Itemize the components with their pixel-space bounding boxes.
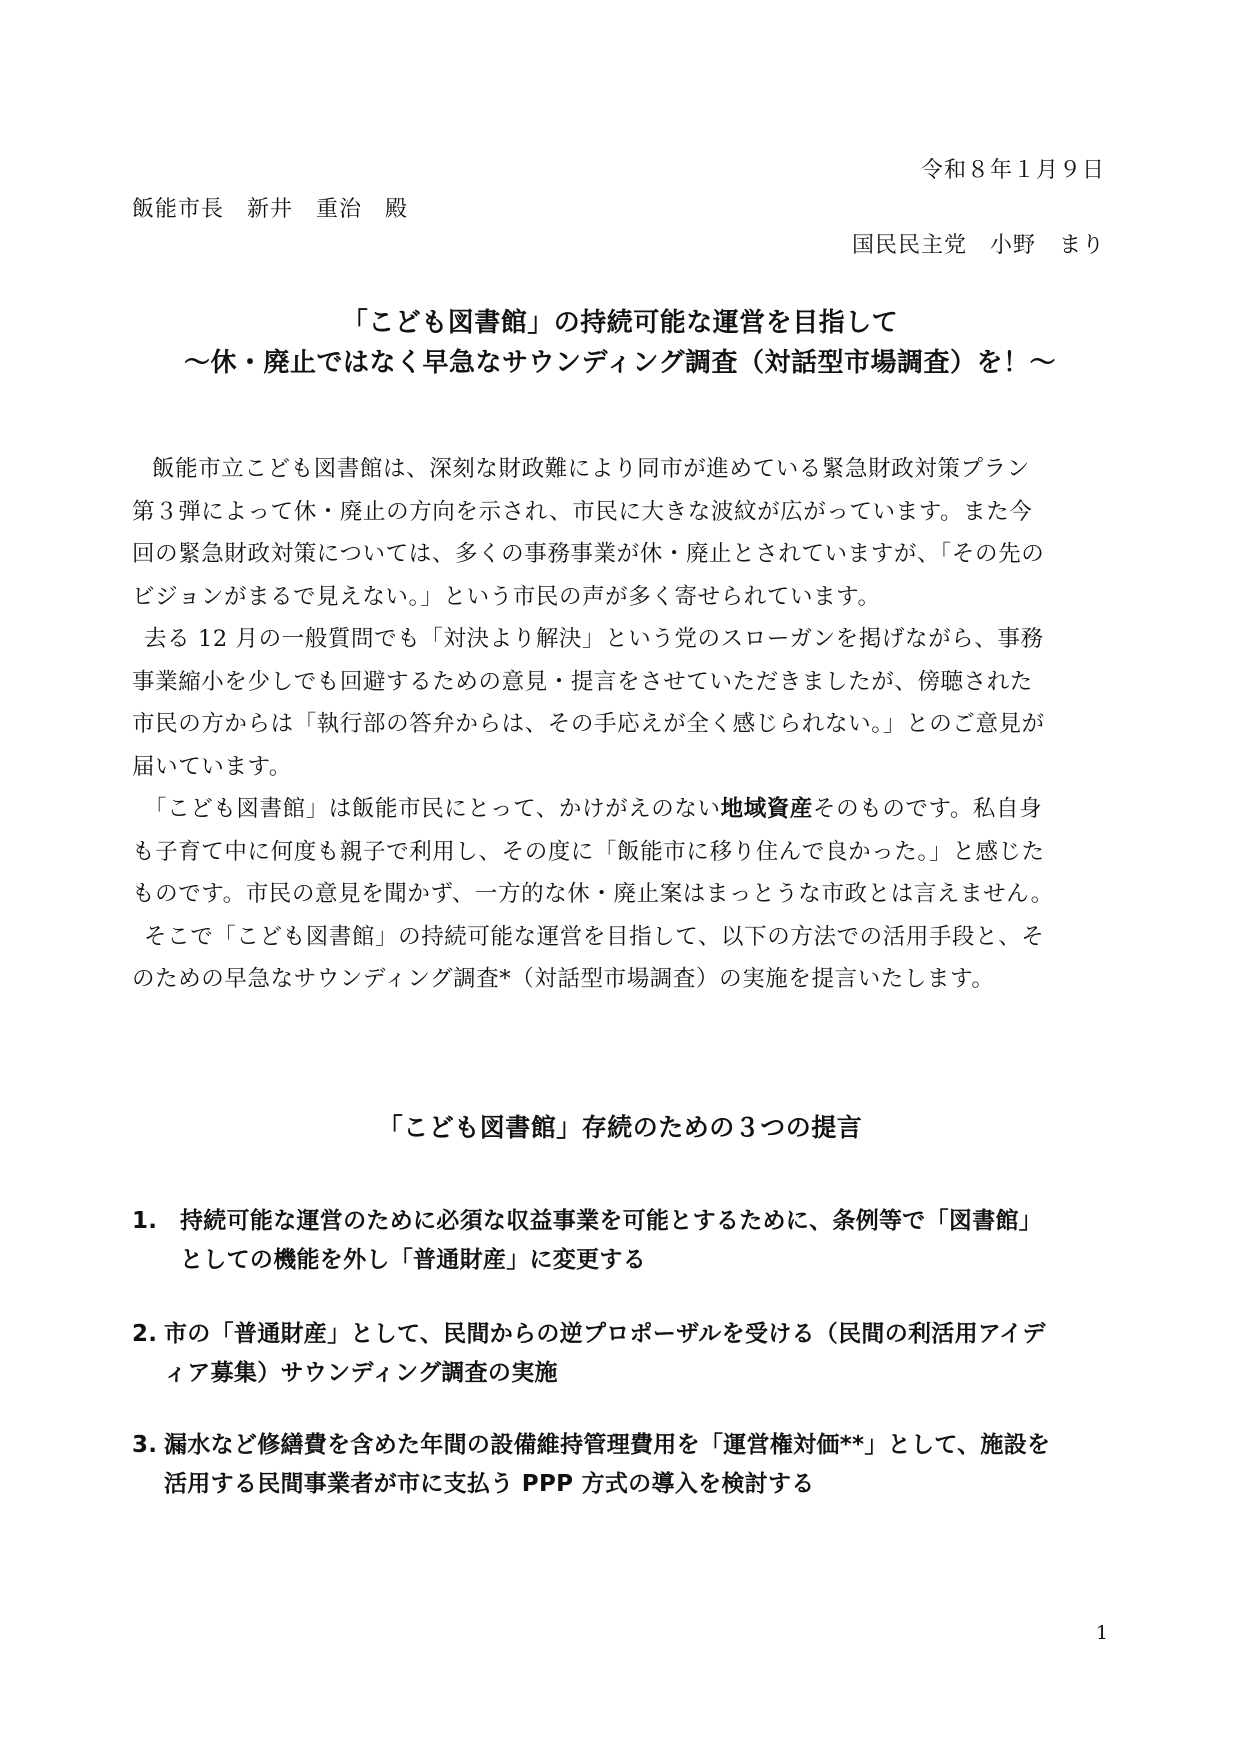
- body-line: 去る 12 月の一般質問でも「対決より解決」という党のスローガンを掲げながら、事…: [132, 618, 1108, 661]
- proposal-line: 持続可能な運営のために必須な収益事業を可能とするために、条例等で「図書館」: [180, 1202, 1042, 1241]
- body-text-span: 「こども図書館」は飯能市民にとって、かけがえのない: [144, 796, 721, 822]
- body-line: ものです。市民の意見を聞かず、一方的な休・廃止案はまっとうな市政とは言えません。: [132, 873, 1108, 916]
- proposal-line: 市の「普通財産」として、民間からの逆プロポーザルを受ける（民間の利活用アイデ: [164, 1315, 1046, 1354]
- body-line: 飯能市立こども図書館は、深刻な財政難により同市が進めている緊急財政対策プラン: [132, 448, 1108, 491]
- proposal-line: 活用する民間事業者が市に支払う PPP 方式の導入を検討する: [164, 1465, 1050, 1504]
- body-line: 届いています。: [132, 746, 1108, 789]
- body-line: のための早急なサウンディング調査*（対話型市場調査）の実施を提言いたします。: [132, 958, 1108, 1001]
- body-line: 第３弾によって休・廃止の方向を示され、市民に大きな波紋が広がっています。また今: [132, 491, 1108, 534]
- proposal-line: 漏水など修繕費を含めた年間の設備維持管理費用を「運営権対価**」として、施設を: [164, 1426, 1050, 1465]
- addressee: 飯能市長 新井 重治 殿: [132, 192, 408, 223]
- body-line: 事業縮小を少しでも回避するための意見・提言をさせていただきましたが、傍聴された: [132, 661, 1108, 704]
- proposal-line: としての機能を外し「普通財産」に変更する: [180, 1241, 1042, 1280]
- body-line: 回の緊急財政対策については、多くの事務事業が休・廃止とされていますが、「その先の: [132, 533, 1108, 576]
- document-title: 「こども図書館」の持続可能な運営を目指して: [0, 302, 1240, 339]
- body-line: も子育て中に何度も親子で利用し、その度に「飯能市に移り住んで良かった。」と感じた: [132, 831, 1108, 874]
- proposals-heading: 「こども図書館」存続のための３つの提言: [0, 1108, 1240, 1144]
- body-text: 飯能市立こども図書館は、深刻な財政難により同市が進めている緊急財政対策プラン 第…: [132, 448, 1108, 1001]
- body-line: そこで「こども図書館」の持続可能な運営を目指して、以下の方法での活用手段と、そ: [132, 916, 1108, 959]
- body-text-span: そのものです。私自身: [813, 796, 1042, 822]
- document-date: 令和８年１月９日: [921, 153, 1105, 184]
- page-number: 1: [1096, 1622, 1108, 1644]
- body-line: 「こども図書館」は飯能市民にとって、かけがえのない地域資産そのものです。私自身: [132, 788, 1108, 831]
- sender: 国民民主党 小野 まり: [852, 228, 1105, 259]
- proposal-number: 2.: [132, 1315, 157, 1354]
- proposal-number: 1.: [132, 1202, 157, 1241]
- body-line: ビジョンがまるで見えない。」という市民の声が多く寄せられています。: [132, 576, 1108, 619]
- emphasis-local-asset: 地域資産: [721, 796, 813, 822]
- document-subtitle: 〜休・廃止ではなく早急なサウンディング調査（対話型市場調査）を！〜: [0, 342, 1240, 379]
- proposal-number: 3.: [132, 1426, 157, 1465]
- body-line: 市民の方からは「執行部の答弁からは、その手応えが全く感じられない。」とのご意見が: [132, 703, 1108, 746]
- proposal-line: ィア募集）サウンディング調査の実施: [164, 1354, 1046, 1393]
- document-page: 令和８年１月９日 飯能市長 新井 重治 殿 国民民主党 小野 まり 「こども図書…: [0, 0, 1240, 1755]
